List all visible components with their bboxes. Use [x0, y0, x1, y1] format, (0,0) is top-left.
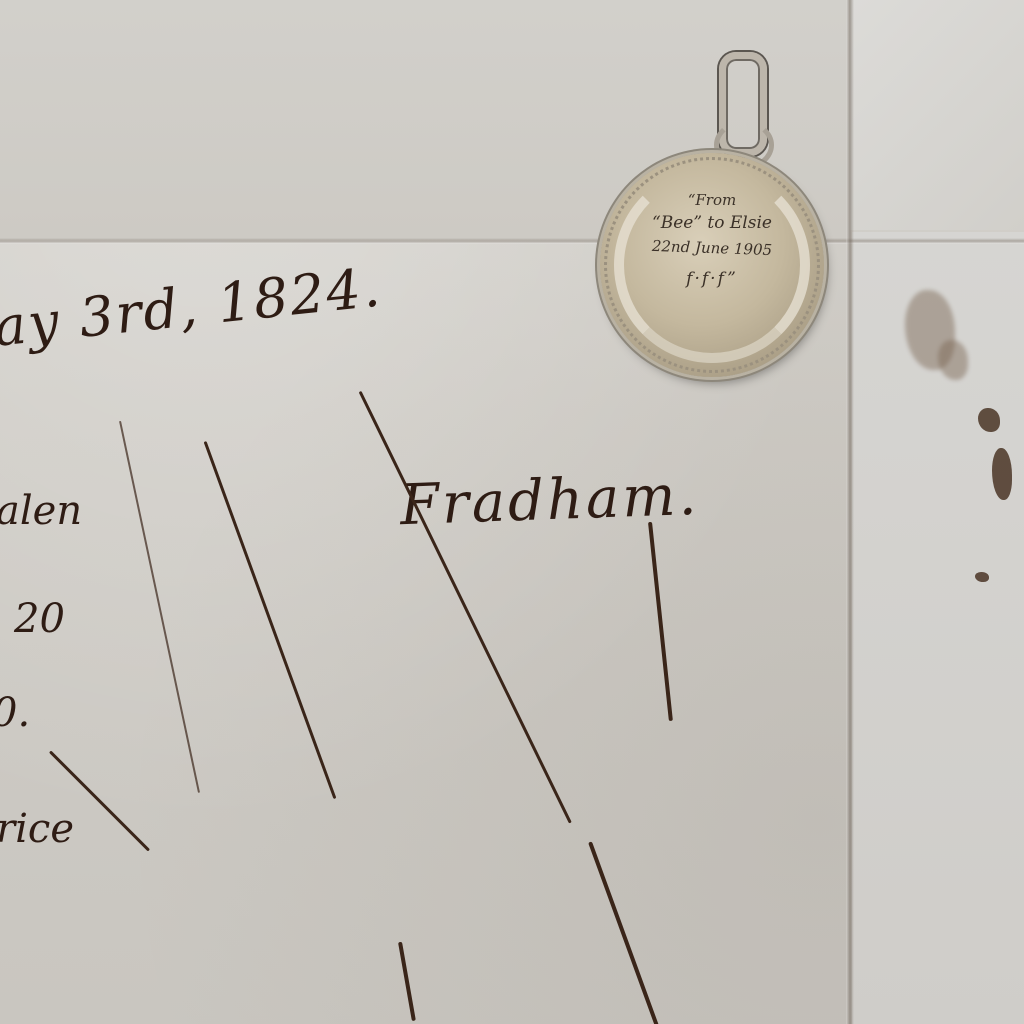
engraved-silver-pendant: “From “Bee” to Elsie 22nd June 1905 f·f·…	[600, 153, 824, 377]
letter-fragment: rice	[0, 806, 74, 852]
foxing-stain	[978, 408, 1000, 432]
ink-stroke	[648, 522, 673, 721]
letter-fragment: 0.	[0, 690, 30, 736]
horizontal-fold-line	[0, 238, 1024, 244]
vertical-fold-line	[846, 0, 854, 1024]
foxing-stain	[975, 572, 989, 582]
ink-stroke	[204, 441, 337, 799]
letter-fragment: 20	[14, 596, 65, 642]
paper-corner-panel	[850, 0, 1024, 230]
letter-date-line: ay 3rd, 1824.	[0, 255, 385, 358]
foxing-stain	[992, 448, 1012, 500]
letter-fragment: alen	[0, 488, 82, 534]
ink-stroke	[119, 421, 200, 793]
ink-stroke	[398, 942, 416, 1021]
photo-scene: ay 3rd, 1824. Fradham. alen 20 0. rice “…	[0, 0, 1024, 1024]
ink-stroke	[588, 841, 660, 1024]
inscription-line-2: “Bee” to Elsie	[600, 213, 824, 233]
letter-name-line: Fradham.	[399, 463, 700, 538]
inscription-line-1: “From	[600, 191, 824, 209]
inscription-line-4: f·f·f”	[600, 269, 824, 289]
ink-stroke	[359, 391, 572, 824]
